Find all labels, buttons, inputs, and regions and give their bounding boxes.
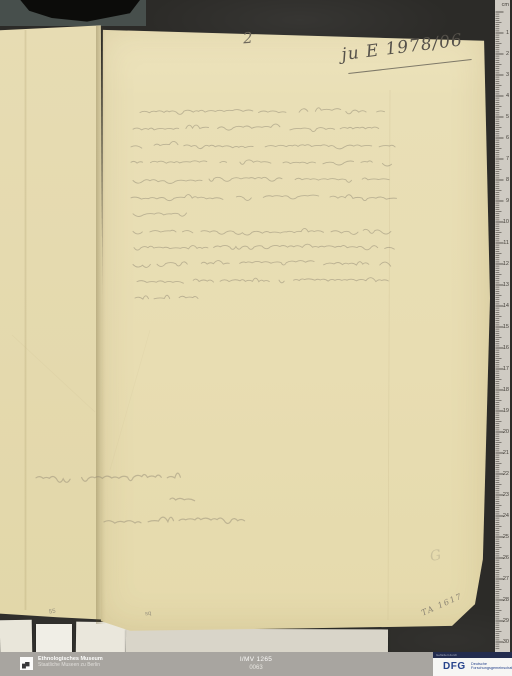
- ruler-mark-label: 20: [497, 429, 509, 435]
- ruler-mark-label: 29: [497, 618, 509, 624]
- measurement-ruler: cm 1234567891011121314151617181920212223…: [492, 0, 512, 652]
- scanned-document-view: 2 ju E 1978/06 G TA 1617 55 sq cm 123456…: [0, 0, 512, 676]
- ruler-mark-label: 23: [497, 492, 509, 498]
- ruler-mark-label: 19: [497, 408, 509, 414]
- ruler-mark-label: 24: [497, 513, 509, 519]
- ruler-mark-label: 8: [497, 177, 509, 183]
- ruler-mark-label: 4: [497, 93, 509, 99]
- dfg-logo-body: DFG Deutsche Forschungsgemeinschaft: [433, 658, 512, 676]
- ruler-mark-label: 16: [497, 345, 509, 351]
- page-stack-edge: [126, 629, 388, 655]
- ruler-mark-label: 1: [497, 30, 509, 36]
- ruler-mark-label: 15: [497, 324, 509, 330]
- page-stack-edge: [0, 620, 32, 655]
- page-stack-edge: [36, 624, 72, 654]
- binding-fold-shadow: [96, 26, 106, 624]
- dfg-name: Deutsche Forschungsgemeinschaft: [471, 662, 512, 670]
- ruler-mark-label: 13: [497, 282, 509, 288]
- ruler-mark-label: 17: [497, 366, 509, 372]
- margin-mark: sq: [145, 611, 152, 618]
- ruler-mark-label: 21: [497, 450, 509, 456]
- ruler-mark-label: 11: [497, 240, 509, 246]
- ruler-mark-label: 2: [497, 51, 509, 57]
- page-number-annotation: 2: [242, 29, 253, 48]
- ruler-mark-label: 6: [497, 135, 509, 141]
- margin-mark: 55: [49, 609, 56, 616]
- ruler-mark-label: 10: [497, 219, 509, 225]
- ruler-mark-label: 5: [497, 114, 509, 120]
- left-page-edge: [0, 23, 104, 622]
- document-page: [95, 25, 490, 632]
- ruler-mark-label: 30: [497, 639, 509, 645]
- ruler-mark-label: 25: [497, 534, 509, 540]
- ruler-mark-label: 12: [497, 261, 509, 267]
- caption-bar: Ethnologisches Museum Staatliche Museen …: [0, 652, 512, 676]
- dfg-logo: Gefördert durch DFG Deutsche Forschungsg…: [433, 652, 512, 676]
- ruler-unit-label: cm: [502, 2, 509, 8]
- dfg-acronym: DFG: [443, 661, 466, 672]
- ruler-mark-label: 9: [497, 198, 509, 204]
- ruler-mark-label: 28: [497, 597, 509, 603]
- ruler-mark-label: 14: [497, 303, 509, 309]
- left-page-crease: [24, 30, 27, 610]
- ruler-mark-label: 22: [497, 471, 509, 477]
- ruler-mark-label: 7: [497, 156, 509, 162]
- ruler-mark-label: 27: [497, 576, 509, 582]
- ruler-mark-label: 26: [497, 555, 509, 561]
- ruler-mark-label: 3: [497, 72, 509, 78]
- dfg-name-line2: Forschungsgemeinschaft: [471, 666, 512, 670]
- ruler-mark-label: 18: [497, 387, 509, 393]
